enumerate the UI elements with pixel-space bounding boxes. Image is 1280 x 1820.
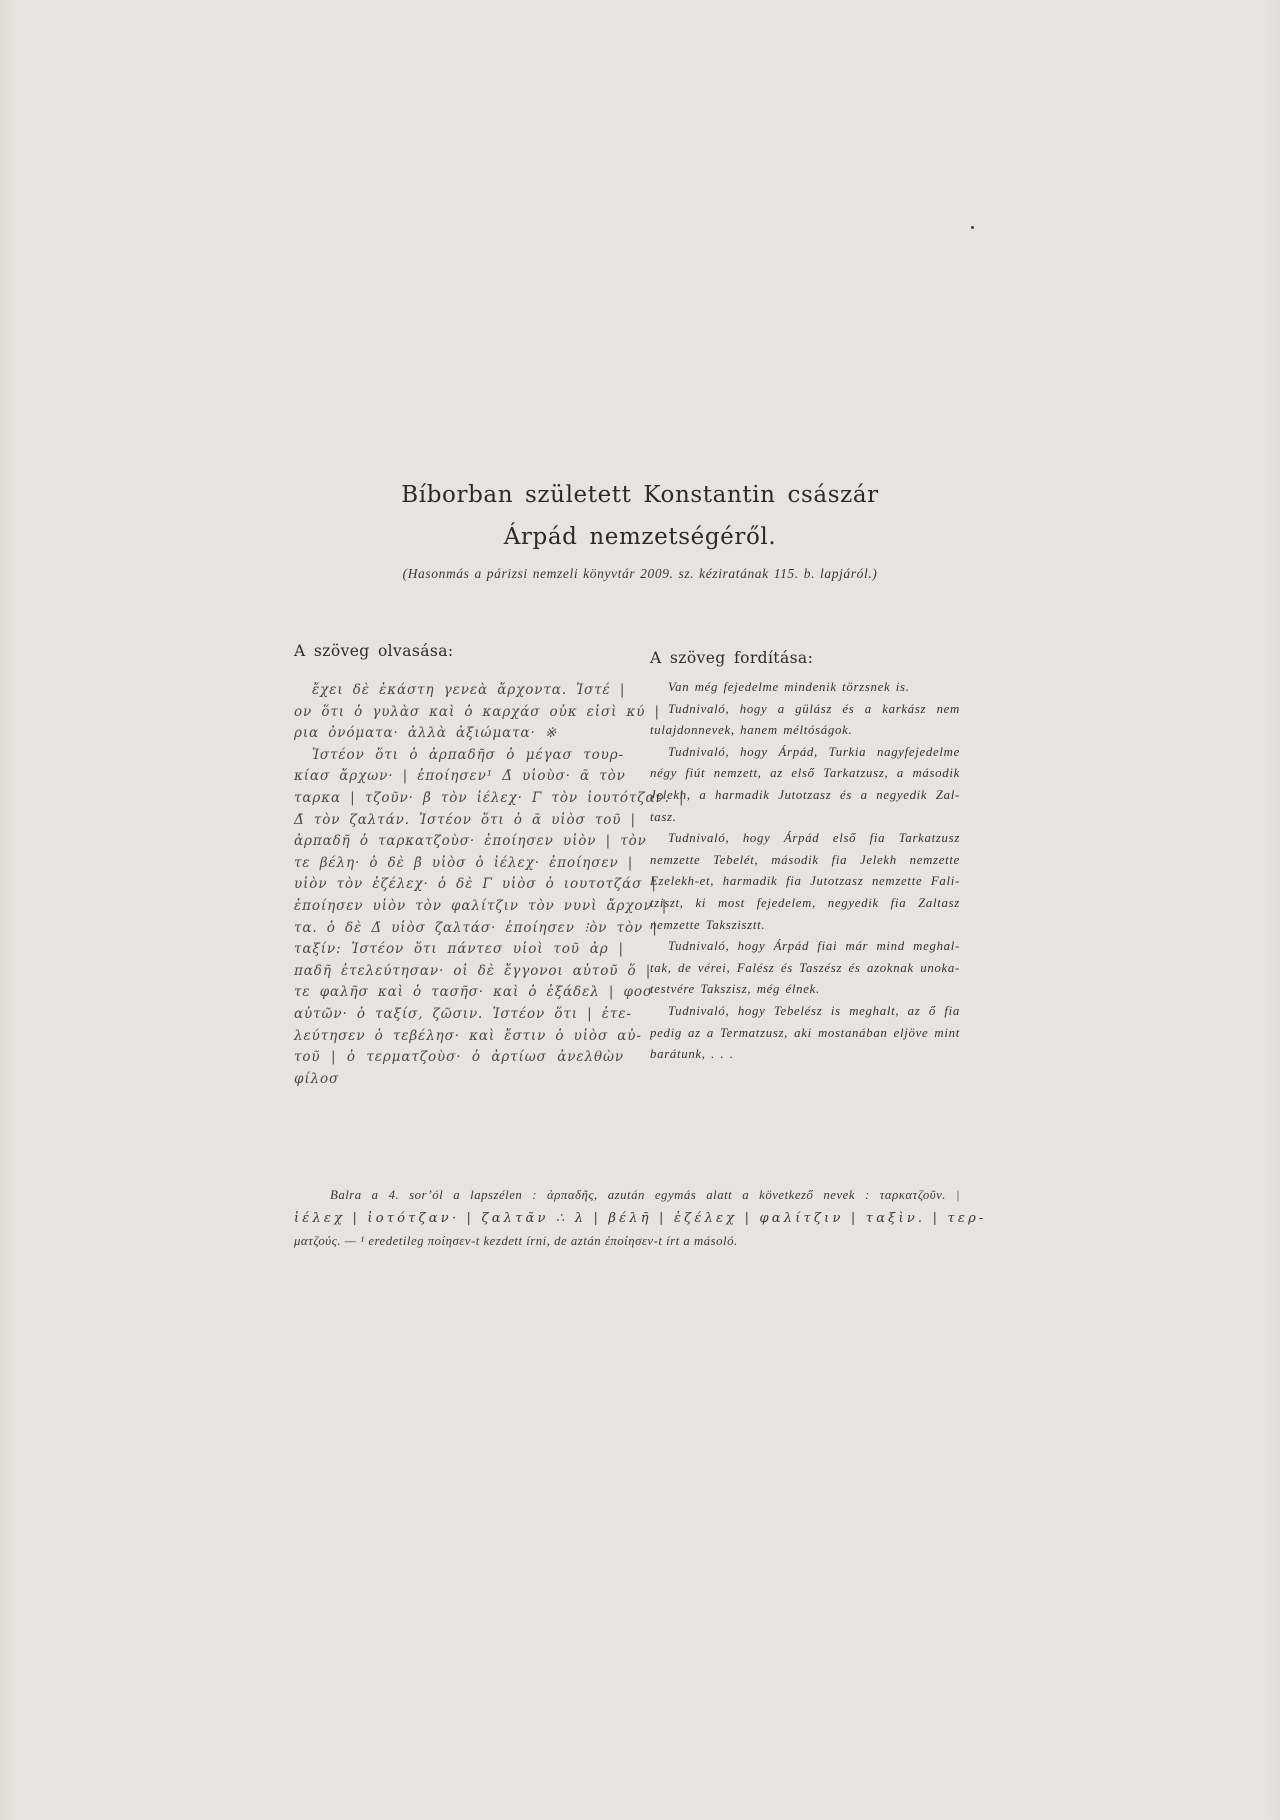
footnote-line: ἰέλεχ | ἰοτότζαν· | ζαλτᾶν ∴ λ | βέλῆ | …	[294, 1207, 960, 1230]
translation-line: Ezelekh-et, harmadik fia Jutotzasz nemze…	[650, 871, 960, 893]
greek-line: υἱὸν τὸν ἐζέλεχ· ὁ δὲ Γ̄ υἱὸσ ὁ ιουτοτζά…	[294, 874, 624, 896]
greek-line: τα. ὁ δὲ Δ̄ υἱὸσ ζαλτάσ· ἐποίησεν ⁝ὸν τὸ…	[294, 918, 624, 940]
translation-heading: A szöveg fordítása:	[650, 649, 960, 671]
greek-line: τοῦ | ὁ τερματζοὺσ· ὁ ἀρτίωσ ἀνελθὼν	[294, 1047, 624, 1069]
page-subtitle: (Hasonmás a párizsi nemzeli könyvtár 200…	[0, 566, 1280, 582]
translation-line: pedig az a Termatzusz, aki mostanában el…	[650, 1023, 960, 1045]
greek-text: ἔχει δὲ ἑκάστη γενεὰ ἄρχοντα. Ἰστέ | ον …	[294, 680, 624, 1090]
translation-line: nemzette Takszisztt.	[650, 915, 960, 937]
page-title-line-1: Bíborban született Konstantin császár	[0, 474, 1280, 516]
greek-line: τε βέλη· ὁ δὲ β̄ υἱὸσ ὁ ἰέλεχ· ἐποίησεν …	[294, 853, 624, 875]
translation-line: nemzette Tebelét, második fia Jelekh nem…	[650, 850, 960, 872]
footnote: Balra a 4. sor’ól a lapszélen : ἀρπαδῆς,…	[294, 1184, 960, 1253]
greek-line: αὐτῶν· ὁ ταξίσ, ζῶσιν. Ἰστέον ὅτι | ἐτε-	[294, 1004, 624, 1026]
reading-column: A szöveg olvasása: ἔχει δὲ ἑκάστη γενεὰ …	[294, 642, 624, 1090]
translation-line: Tudnivaló, hogy a gülász és a karkász ne…	[650, 699, 960, 721]
translation-column: A szöveg fordítása: Van még fejedelme mi…	[650, 642, 960, 1066]
greek-line: ταξίν: Ἰστέον ὅτι πάντεσ υἱοὶ τοῦ ἀρ |	[294, 939, 624, 961]
translation-line: Tudnivaló, hogy Árpád első fia Tarkatzus…	[650, 828, 960, 850]
greek-line: Δ̄ τὸν ζαλτάν. Ἰστέον ὅτι ὁ ᾱ υἱὸσ τοῦ |	[294, 810, 624, 832]
translation-line: testvére Takszisz, még élnek.	[650, 979, 960, 1001]
translation-line: tasz.	[650, 807, 960, 829]
greek-line: λεύτησεν ὁ τεβέλησ· καὶ ἔστιν ὁ υἱὸσ αὐ-	[294, 1026, 624, 1048]
greek-line: ρια ὀνόματα· ἀλλὰ ἀξιώματα· ※	[294, 723, 624, 745]
page-title-line-2: Árpád nemzetségéről.	[0, 516, 1280, 558]
greek-line: τε φαλῆσ καὶ ὁ τασῆσ· καὶ ὁ ἐξάδελ | φοσ	[294, 982, 624, 1004]
reading-heading: A szöveg olvasása:	[294, 642, 624, 668]
greek-line: ον ὅτι ὁ γυλὰσ καὶ ὁ καρχάσ οὐκ εἰσὶ κύ …	[294, 702, 624, 724]
greek-line: Ἰστέον ὅτι ὁ ἀρπαδῆσ ὁ μέγασ τουρ-	[294, 745, 624, 767]
title-block: Bíborban született Konstantin császár Ár…	[0, 474, 1280, 582]
footnote-line: ματζούς. — ¹ eredetileg ποίησεν-t kezdet…	[294, 1230, 960, 1253]
translation-line: barátunk, . . .	[650, 1044, 960, 1066]
translation-line: Tudnivaló, hogy Árpád, Turkia nagyfejede…	[650, 742, 960, 764]
translation-line: tziszt, ki most fejedelem, negyedik fia …	[650, 893, 960, 915]
greek-line: ταρκα | τζοῦν· β̄ τὸν ἰέλεχ· Γ̄ τὸν ἰουτ…	[294, 788, 624, 810]
translation-line: tulajdonnevek, hanem méltóságok.	[650, 720, 960, 742]
translation-line: négy fiút nemzett, az első Tarkatzusz, a…	[650, 763, 960, 785]
footnote-line: Balra a 4. sor’ól a lapszélen : ἀρπαδῆς,…	[294, 1184, 960, 1207]
paper-speck	[971, 226, 974, 229]
translation-line: Tudnivaló, hogy Tebelész is meghalt, az …	[650, 1001, 960, 1023]
greek-line: ἔχει δὲ ἑκάστη γενεὰ ἄρχοντα. Ἰστέ |	[294, 680, 624, 702]
translation-line: Jelekh, a harmadik Jutotzasz és a negyed…	[650, 785, 960, 807]
translation-line: Van még fejedelme mindenik törzsnek is.	[650, 677, 960, 699]
greek-line: φίλοσ	[294, 1069, 624, 1091]
translation-line: Tudnivaló, hogy Árpád fiai már mind megh…	[650, 936, 960, 958]
greek-line: ἀρπαδῆ ὁ ταρκατζοὺσ· ἐποίησεν υἱὸν | τὸν	[294, 831, 624, 853]
greek-line: ἐποίησεν υἱὸν τὸν φαλίτζιν τὸν νυνὶ ἄρχο…	[294, 896, 624, 918]
greek-line: κίασ ἄρχων· | ἐποίησεν¹ Δ̄ υἱοὺσ· ᾱ τὸν	[294, 766, 624, 788]
greek-line: παδῆ ἐτελεύτησαν· οἱ δὲ ἔγγονοι αὐτοῦ ὅ …	[294, 961, 624, 983]
hungarian-text: Van még fejedelme mindenik törzsnek is. …	[650, 677, 960, 1066]
translation-line: tak, de vérei, Falész és Taszész és azok…	[650, 958, 960, 980]
